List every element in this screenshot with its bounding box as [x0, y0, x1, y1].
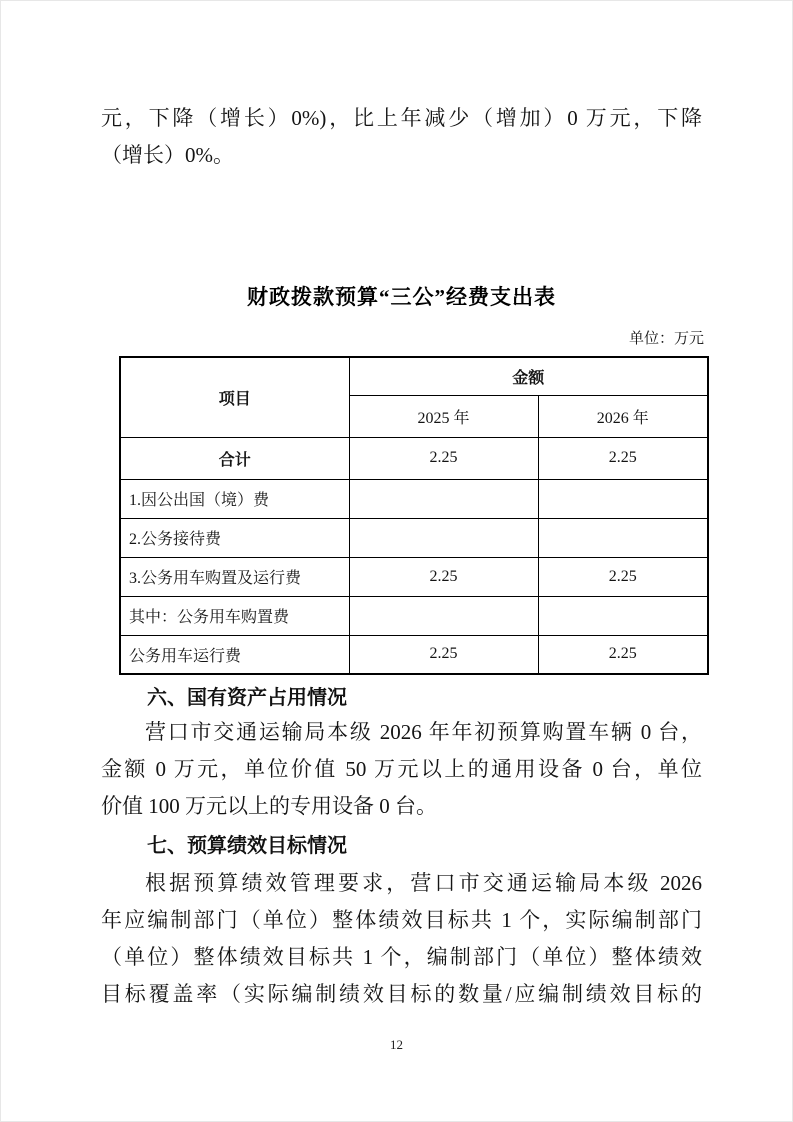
intro-line-1: 元，下降（增长）0%)，比上年减少（增加）0 万元，下降	[101, 100, 702, 137]
row-label-vehicle-total: 3.公务用车购置及运行费	[120, 557, 349, 596]
row-label-reception-fee: 2.公务接待费	[120, 518, 349, 557]
cell-vehicle-purchase-2026	[538, 596, 708, 635]
unit-label: 单位：万元	[629, 327, 704, 351]
table-row-vehicle-purchase: 其中：公务用车购置费	[120, 596, 708, 635]
section-6-line-3: 价值 100 万元以上的专用设备 0 台。	[101, 788, 702, 825]
row-label-vehicle-operation: 公务用车运行费	[120, 635, 349, 674]
cell-total-2025: 2.25	[349, 437, 538, 479]
section-6-line-1: 营口市交通运输局本级 2026 年年初预算购置车辆 0 台，	[101, 714, 702, 751]
table-row-vehicle-operation: 公务用车运行费 2.25 2.25	[120, 635, 708, 674]
document-page: 元，下降（增长）0%)，比上年减少（增加）0 万元，下降 （增长）0%。 财政拨…	[0, 0, 793, 1122]
col-header-amount: 金额	[349, 357, 708, 395]
intro-paragraph: 元，下降（增长）0%)，比上年减少（增加）0 万元，下降 （增长）0%。	[101, 100, 702, 174]
row-label-vehicle-purchase: 其中：公务用车购置费	[120, 596, 349, 635]
cell-vehicle-operation-2025: 2.25	[349, 635, 538, 674]
cell-reception-2026	[538, 518, 708, 557]
row-label-abroad-fee: 1.因公出国（境）费	[120, 479, 349, 518]
section-7-line-4: 目标覆盖率（实际编制绩效目标的数量/应编制绩效目标的	[101, 976, 702, 1013]
cell-abroad-2025	[349, 479, 538, 518]
section-6-heading: 六、国有资产占用情况	[101, 684, 702, 712]
cell-vehicle-operation-2026: 2.25	[538, 635, 708, 674]
table-row-vehicle-total: 3.公务用车购置及运行费 2.25 2.25	[120, 557, 708, 596]
section-7-line-2: 年应编制部门（单位）整体绩效目标共 1 个，实际编制部门	[101, 902, 702, 939]
section-6-paragraph: 营口市交通运输局本级 2026 年年初预算购置车辆 0 台， 金额 0 万元，单…	[101, 714, 702, 825]
cell-vehicle-total-2025: 2.25	[349, 557, 538, 596]
three-public-expense-table: 项目 金额 2025 年 2026 年 合计 2.25 2.25 1.因公出国（…	[119, 356, 709, 675]
cell-total-2026: 2.25	[538, 437, 708, 479]
section-7-line-3: （单位）整体绩效目标共 1 个，编制部门（单位）整体绩效	[101, 939, 702, 976]
section-7-line-1: 根据预算绩效管理要求，营口市交通运输局本级 2026	[101, 865, 702, 902]
page-number: 12	[1, 1037, 792, 1053]
table-row-reception-fee: 2.公务接待费	[120, 518, 708, 557]
cell-abroad-2026	[538, 479, 708, 518]
col-header-year-2025: 2025 年	[349, 395, 538, 437]
cell-reception-2025	[349, 518, 538, 557]
table-title: 财政拨款预算“三公”经费支出表	[101, 282, 702, 312]
table-row-total: 合计 2.25 2.25	[120, 437, 708, 479]
row-label-total: 合计	[120, 437, 349, 479]
intro-line-2: （增长）0%。	[101, 137, 702, 174]
table-row-abroad-fee: 1.因公出国（境）费	[120, 479, 708, 518]
cell-vehicle-total-2026: 2.25	[538, 557, 708, 596]
col-header-item: 项目	[120, 357, 349, 437]
section-7-paragraph: 根据预算绩效管理要求，营口市交通运输局本级 2026 年应编制部门（单位）整体绩…	[101, 865, 702, 1013]
section-6-line-2: 金额 0 万元，单位价值 50 万元以上的通用设备 0 台，单位	[101, 751, 702, 788]
section-7-heading: 七、预算绩效目标情况	[101, 832, 702, 860]
cell-vehicle-purchase-2025	[349, 596, 538, 635]
table-header-row-1: 项目 金额	[120, 357, 708, 395]
col-header-year-2026: 2026 年	[538, 395, 708, 437]
